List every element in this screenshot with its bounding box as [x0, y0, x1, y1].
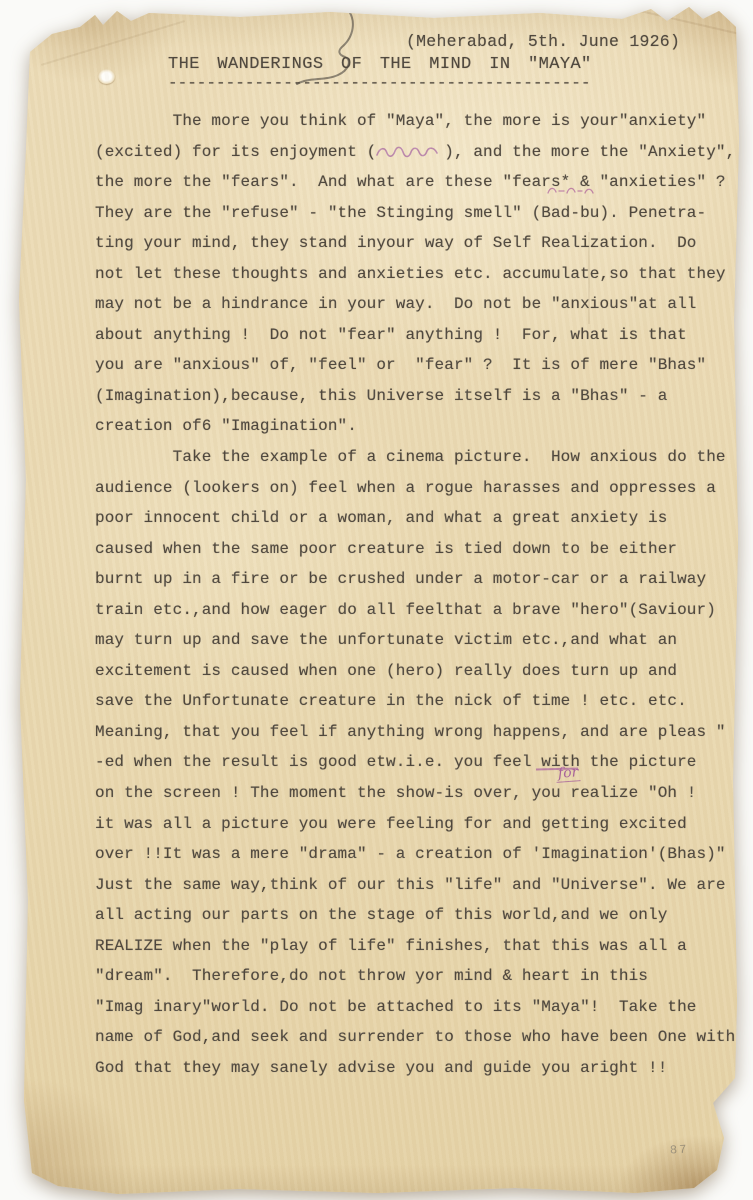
- text-line: save the Unfortunate creature in the nic…: [95, 686, 735, 717]
- text-line: caused when the same poor creature is ti…: [95, 534, 735, 565]
- title-underline: ----------------------------------------…: [168, 74, 590, 92]
- text-line: not let these thoughts and anxieties etc…: [95, 259, 735, 290]
- paper-shadow-wrap: (Meherabad, 5th. June 1926) THE WANDERIN…: [0, 0, 753, 1200]
- text-line: on the screen ! The moment the show-is o…: [95, 778, 735, 809]
- text-line: "dream". Therefore,do not throw yor mind…: [95, 961, 735, 992]
- text-line: may not be a hindrance in your way. Do n…: [95, 289, 735, 320]
- text-line: poor innocent child or a woman, and what…: [95, 503, 735, 534]
- text-line: name of God,and seek and surrender to th…: [95, 1022, 735, 1053]
- text-line: about anything ! Do not "fear" anything …: [95, 320, 735, 351]
- text-line: Meaning, that you feel if anything wrong…: [95, 717, 735, 748]
- letter-paper: (Meherabad, 5th. June 1926) THE WANDERIN…: [0, 0, 753, 1200]
- gujarati-annotation: [374, 143, 442, 161]
- text-line: over !!It was a mere "drama" - a creatio…: [95, 839, 735, 870]
- text-line: "Imag inary"world. Do not be attached to…: [95, 992, 735, 1023]
- date-line: (Meherabad, 5th. June 1926): [406, 32, 680, 51]
- text-line: (Imagination),because, this Universe its…: [95, 381, 735, 412]
- text-line: excitement is caused when one (hero) rea…: [95, 656, 735, 687]
- crease-mark: [41, 20, 185, 66]
- page-number: 87: [670, 1143, 689, 1158]
- text-line: Take the example of a cinema picture. Ho…: [95, 442, 735, 473]
- text-line: may turn up and save the unfortunate vic…: [95, 625, 735, 656]
- document-title: THE WANDERINGS OF THE MIND IN "MAYA": [168, 55, 592, 74]
- text-line: all acting our parts on the stage of thi…: [95, 900, 735, 931]
- text-line: Just the same way,think of our this "lif…: [95, 870, 735, 901]
- text-line: -ed when the result is good etw.i.e. you…: [95, 747, 735, 778]
- badbu-annotation: [545, 184, 597, 197]
- text-line: burnt up in a fire or be crushed under a…: [95, 564, 735, 595]
- page-background: (Meherabad, 5th. June 1926) THE WANDERIN…: [0, 0, 753, 1200]
- paper-hole: [98, 69, 115, 84]
- text-line: you are "anxious" of, "feel" or "fear" ?…: [95, 350, 735, 381]
- text-line: The more you think of "Maya", the more i…: [95, 106, 735, 137]
- text-line: ting your mind, they stand inyour way of…: [95, 228, 735, 259]
- text-line: it was all a picture you were feeling fo…: [95, 809, 735, 840]
- text-line: REALIZE when the "play of life" finishes…: [95, 931, 735, 962]
- for-correction-note: for: [555, 764, 580, 783]
- text-line: the more the "fears". And what are these…: [95, 167, 735, 198]
- text-line: God that they may sanely advise you and …: [95, 1053, 735, 1084]
- text-line: train etc.,and how eager do all feelthat…: [95, 595, 735, 626]
- text-line: audience (lookers on) feel when a rogue …: [95, 473, 735, 504]
- document-body: The more you think of "Maya", the more i…: [95, 106, 735, 1084]
- text-line: creation of6 "Imagination".: [95, 411, 735, 442]
- text-line: They are the "refuse" - "the Stinging sm…: [95, 198, 735, 229]
